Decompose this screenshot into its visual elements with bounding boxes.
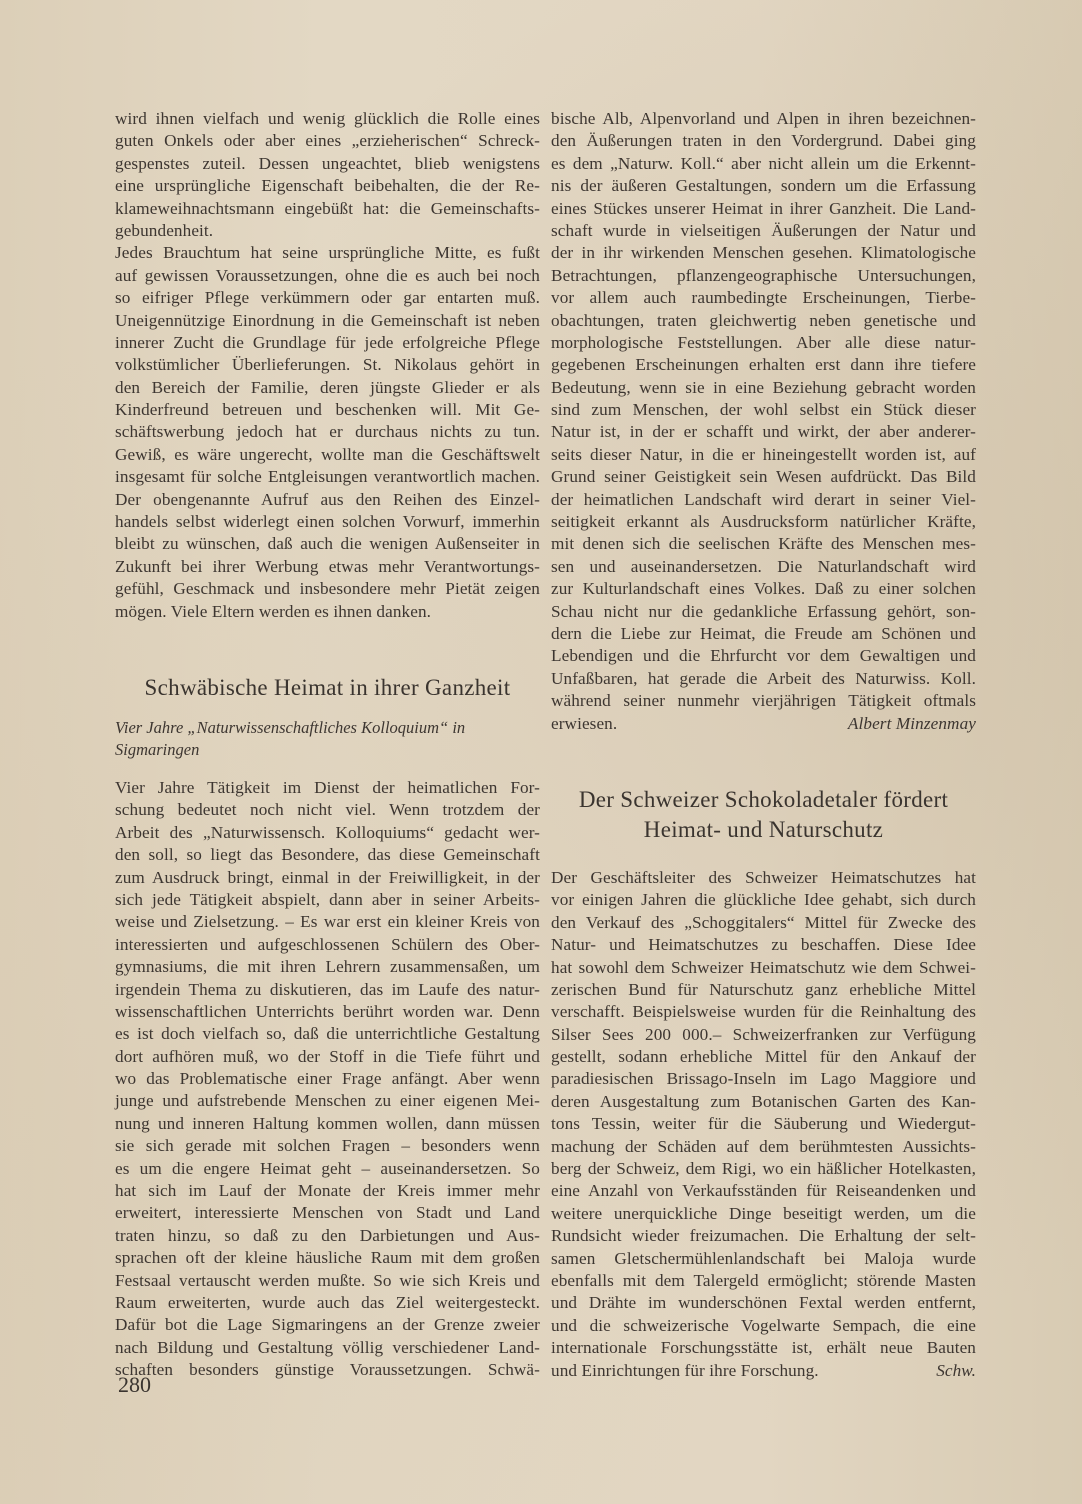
text-line: Festsaal vertauscht werden mußte. So wie… [115,1270,540,1292]
closing-text: erwiesen. [551,713,617,735]
title-line: Der Schweizer Schokoladetaler fördert [551,785,976,815]
magazine-page: wird ihnen vielfach und wenig glücklich … [0,0,1082,1504]
text-line: Betrachtungen, pflanzengeographische Unt… [551,265,976,287]
text-line: Gewiß, es wäre ungerecht, wollte man die… [115,444,540,466]
text-line: gestellt, sodann erhebliche Mittel für d… [551,1046,976,1068]
text-line: sie sich gerade mit solchen Fragen – bes… [115,1135,540,1157]
text-line: wird ihnen vielfach und wenig glücklich … [115,108,540,130]
text-line: verschafft. Beispielsweise wurden für di… [551,1001,976,1023]
author-signature: Albert Minzenmay [848,713,976,735]
text-line: weitere unerquickliche Dinge beseitigt w… [551,1203,976,1225]
text-line: bische Alb, Alpenvorland und Alpen in ih… [551,108,976,130]
author-signature: Schw. [936,1360,976,1382]
text-line: dern die Liebe zur Heimat, die Freude am… [551,623,976,645]
text-line: volkstümlicher Überlieferungen. St. Niko… [115,354,540,376]
text-line: deren Ausgestaltung zum Botanischen Gart… [551,1091,976,1113]
text-line: zur Kulturlandschaft eines Volkes. Daß z… [551,578,976,600]
closing-line: und Einrichtungen für ihre Forschung. Sc… [551,1360,976,1382]
text-line: paradiesischen Brissago-Inseln im Lago M… [551,1068,976,1090]
text-line: Silser Sees 200 000.– Schweizerfranken z… [551,1024,976,1046]
text-line: schäftswerbung jedoch hat er durchaus ni… [115,421,540,443]
text-line: schaft wurde in vielseitigen Äußerungen … [551,220,976,242]
text-line: weise und Zielsetzung. – Es war erst ein… [115,911,540,933]
text-line: gefühl, Geschmack und insbesondere mehr … [115,578,540,600]
text-line: Grund seiner Geistigkeit sein Wesen aufd… [551,466,976,488]
text-line: auf gewissen Voraussetzungen, ohne die e… [115,265,540,287]
article-subtitle-heimat: Vier Jahre „Naturwissenschaftliches Koll… [115,717,540,762]
text-line: Arbeit des „Naturwissensch. Kolloquiums“… [115,822,540,844]
text-line: Schau nicht nur die gedankliche Erfassun… [551,601,976,623]
text-line: Zukunft bei ihrer Werbung etwas mehr Ver… [115,556,540,578]
text-line: der heimatlichen Landschaft wird derart … [551,489,976,511]
text-line: Vier Jahre Tätigkeit im Dienst der heima… [115,777,540,799]
text-line: sprachen oft der kleine häusliche Raum m… [115,1247,540,1269]
text-line: Lebendigen und die Ehrfurcht vor dem Gew… [551,645,976,667]
text-line: den Bereich der Familie, deren jüngste G… [115,377,540,399]
text-line: hat sich im Lauf der Monate der Kreis im… [115,1180,540,1202]
text-line: irgendein Thema zu diskutieren, das im L… [115,979,540,1001]
text-line: gebundenheit. [115,220,540,242]
text-line: handels selbst widerlegt einen solchen V… [115,511,540,533]
article-body-heimat-left: Vier Jahre Tätigkeit im Dienst der heima… [115,777,540,1382]
article-title-heimat: Schwäbische Heimat in ihrer Ganzheit [115,673,540,703]
text-line: wo das Problematische einer Frage anfäng… [115,1068,540,1090]
text-line: Raum erweiterten, wurde auch das Ziel we… [115,1292,540,1314]
left-column: wird ihnen vielfach und wenig glücklich … [115,108,540,1382]
text-line: Der Geschäftsleiter des Schweizer Heimat… [551,867,976,889]
text-line: bleibt zu wünschen, daß auch die wenigen… [115,533,540,555]
text-line: und Drähte im wunderschönen Fextal werde… [551,1292,976,1314]
text-line: berg der Schweiz, dem Rigi, wo ein häßli… [551,1158,976,1180]
right-column: bische Alb, Alpenvorland und Alpen in ih… [551,108,976,1382]
closing-line: erwiesen. Albert Minzenmay [551,713,976,735]
text-line: schaften besonders günstige Voraussetzun… [115,1359,540,1381]
closing-text: und Einrichtungen für ihre Forschung. [551,1360,819,1382]
subtitle-line: Sigmaringen [115,739,540,762]
text-line: der in ihr wirkenden Menschen gesehen. K… [551,242,976,264]
text-line: machung der Schäden auf dem berühmtesten… [551,1136,976,1158]
text-line: eines Stückes unserer Heimat in ihrer Ga… [551,198,976,220]
text-line: junge und aufstrebende Menschen zu einer… [115,1090,540,1112]
text-line: seits dieser Natur, in die er hineingest… [551,444,976,466]
text-line: guten Onkels oder aber eines „erzieheris… [115,130,540,152]
text-line: wissenschaftlichen Unterrichts berührt w… [115,1001,540,1023]
text-line: gespenstes zuteil. Dessen ungeachtet, bl… [115,153,540,175]
text-line: den soll, so liegt das Besondere, das di… [115,844,540,866]
text-line: es dem „Naturw. Koll.“ aber nicht allein… [551,153,976,175]
text-line: erweitert, interessierte Menschen von St… [115,1202,540,1224]
text-line: innerer Zucht die Grundlage für jede erf… [115,332,540,354]
text-line: Rundsicht wieder freizumachen. Die Erhal… [551,1225,976,1247]
text-line: und die schweizerische Vogelwarte Sempac… [551,1315,976,1337]
text-line: Uneigennützige Einordnung in die Gemeins… [115,310,540,332]
text-line: ebenfalls mit dem Talergeld ermöglicht; … [551,1270,976,1292]
text-line: sind zum Menschen, der wohl selbst ein S… [551,399,976,421]
text-line: eine Anzahl von Verkaufsständen für Reis… [551,1180,976,1202]
text-line: gegebenen Erscheinungen erhalten erst da… [551,354,976,376]
text-line: morphologische Feststellungen. Aber alle… [551,332,976,354]
text-line: mögen. Viele Eltern werden es ihnen dank… [115,601,540,623]
text-line: es ist doch vielfach so, daß die unterri… [115,1023,540,1045]
text-line: Bedeutung, wenn sie in eine Beziehung ge… [551,377,976,399]
text-line: den Äußerungen traten in den Vordergrund… [551,130,976,152]
text-line: Natur- und Heimatschutzes zu beschaffen.… [551,934,976,956]
text-line: hat sowohl dem Schweizer Heimatschutz wi… [551,957,976,979]
intro-paragraph: wird ihnen vielfach und wenig glücklich … [115,108,540,242]
text-line: mit denen sich die seelischen Kräfte des… [551,533,976,555]
text-line: samen Gletschermühlenlandschaft bei Malo… [551,1248,976,1270]
text-line: obachtungen, traten gleichwertig neben g… [551,310,976,332]
text-line: nung und inneren Haltung kommen wollen, … [115,1113,540,1135]
text-line: insgesamt für solche Entgleisungen veran… [115,466,540,488]
second-paragraph: Jedes Brauchtum hat seine ursprüngliche … [115,242,540,623]
title-line: Heimat- und Naturschutz [551,815,976,845]
text-line: den Verkauf des „Schoggitalers“ Mittel f… [551,912,976,934]
text-line: sen und auseinandersetzen. Die Naturland… [551,556,976,578]
subtitle-line: Vier Jahre „Naturwissenschaftliches Koll… [115,717,540,740]
text-line: traten hinzu, so daß zu den Darbietungen… [115,1225,540,1247]
text-line: Unfaßbaren, hat gerade die Arbeit des Na… [551,668,976,690]
text-line: gymnasiums, die mit ihren Lehrern zusamm… [115,956,540,978]
text-line: Dafür bot die Lage Sigmaringens an der G… [115,1314,540,1336]
text-line: Der obengenannte Aufruf aus den Reihen d… [115,489,540,511]
article-body-heimat-right: bische Alb, Alpenvorland und Alpen in ih… [551,108,976,735]
text-line: seitigkeit erkannt als Ausdrucksform nat… [551,511,976,533]
text-line: eine ursprüngliche Eigenschaft beibehalt… [115,175,540,197]
text-line: sich jede Tätigkeit abspielt, dann aber … [115,889,540,911]
text-line: es um die engere Heimat geht – auseinand… [115,1158,540,1180]
text-line: während seiner nunmehr vierjährigen Täti… [551,690,976,712]
text-line: Natur ist, in der er schafft und wirkt, … [551,421,976,443]
text-line: tons Tessin, weiter für die Säuberung un… [551,1113,976,1135]
text-line: zum Ausdruck bringt, einmal in der Freiw… [115,867,540,889]
article-body-schokoladetaler: Der Geschäftsleiter des Schweizer Heimat… [551,867,976,1382]
text-line: so eifriger Pflege verkümmern oder gar e… [115,287,540,309]
text-line: vor allem auch raumbedingte Erscheinunge… [551,287,976,309]
text-line: interessierten und aufgeschlossenen Schü… [115,934,540,956]
text-line: vor einigen Jahren die glückliche Idee g… [551,889,976,911]
text-line: Kinderfreund betreuen und beschenken wil… [115,399,540,421]
text-line: schung bedeutet noch nicht viel. Wenn tr… [115,799,540,821]
text-line: zerischen Bund für Naturschutz ganz erhe… [551,979,976,1001]
text-line: klameweihnachtsmann eingebüßt hat: die G… [115,198,540,220]
text-line: dort aufhören muß, wo der Stoff in die T… [115,1046,540,1068]
text-line: nis der äußeren Gestaltungen, sondern um… [551,175,976,197]
page-number: 280 [118,1372,151,1398]
text-line: nach Bildung und Gestaltung völlig versc… [115,1337,540,1359]
text-line: Jedes Brauchtum hat seine ursprüngliche … [115,242,540,264]
text-line: internationale Forschungsstätte ist, erh… [551,1337,976,1359]
article-title-schokoladetaler: Der Schweizer Schokoladetaler fördert He… [551,785,976,845]
